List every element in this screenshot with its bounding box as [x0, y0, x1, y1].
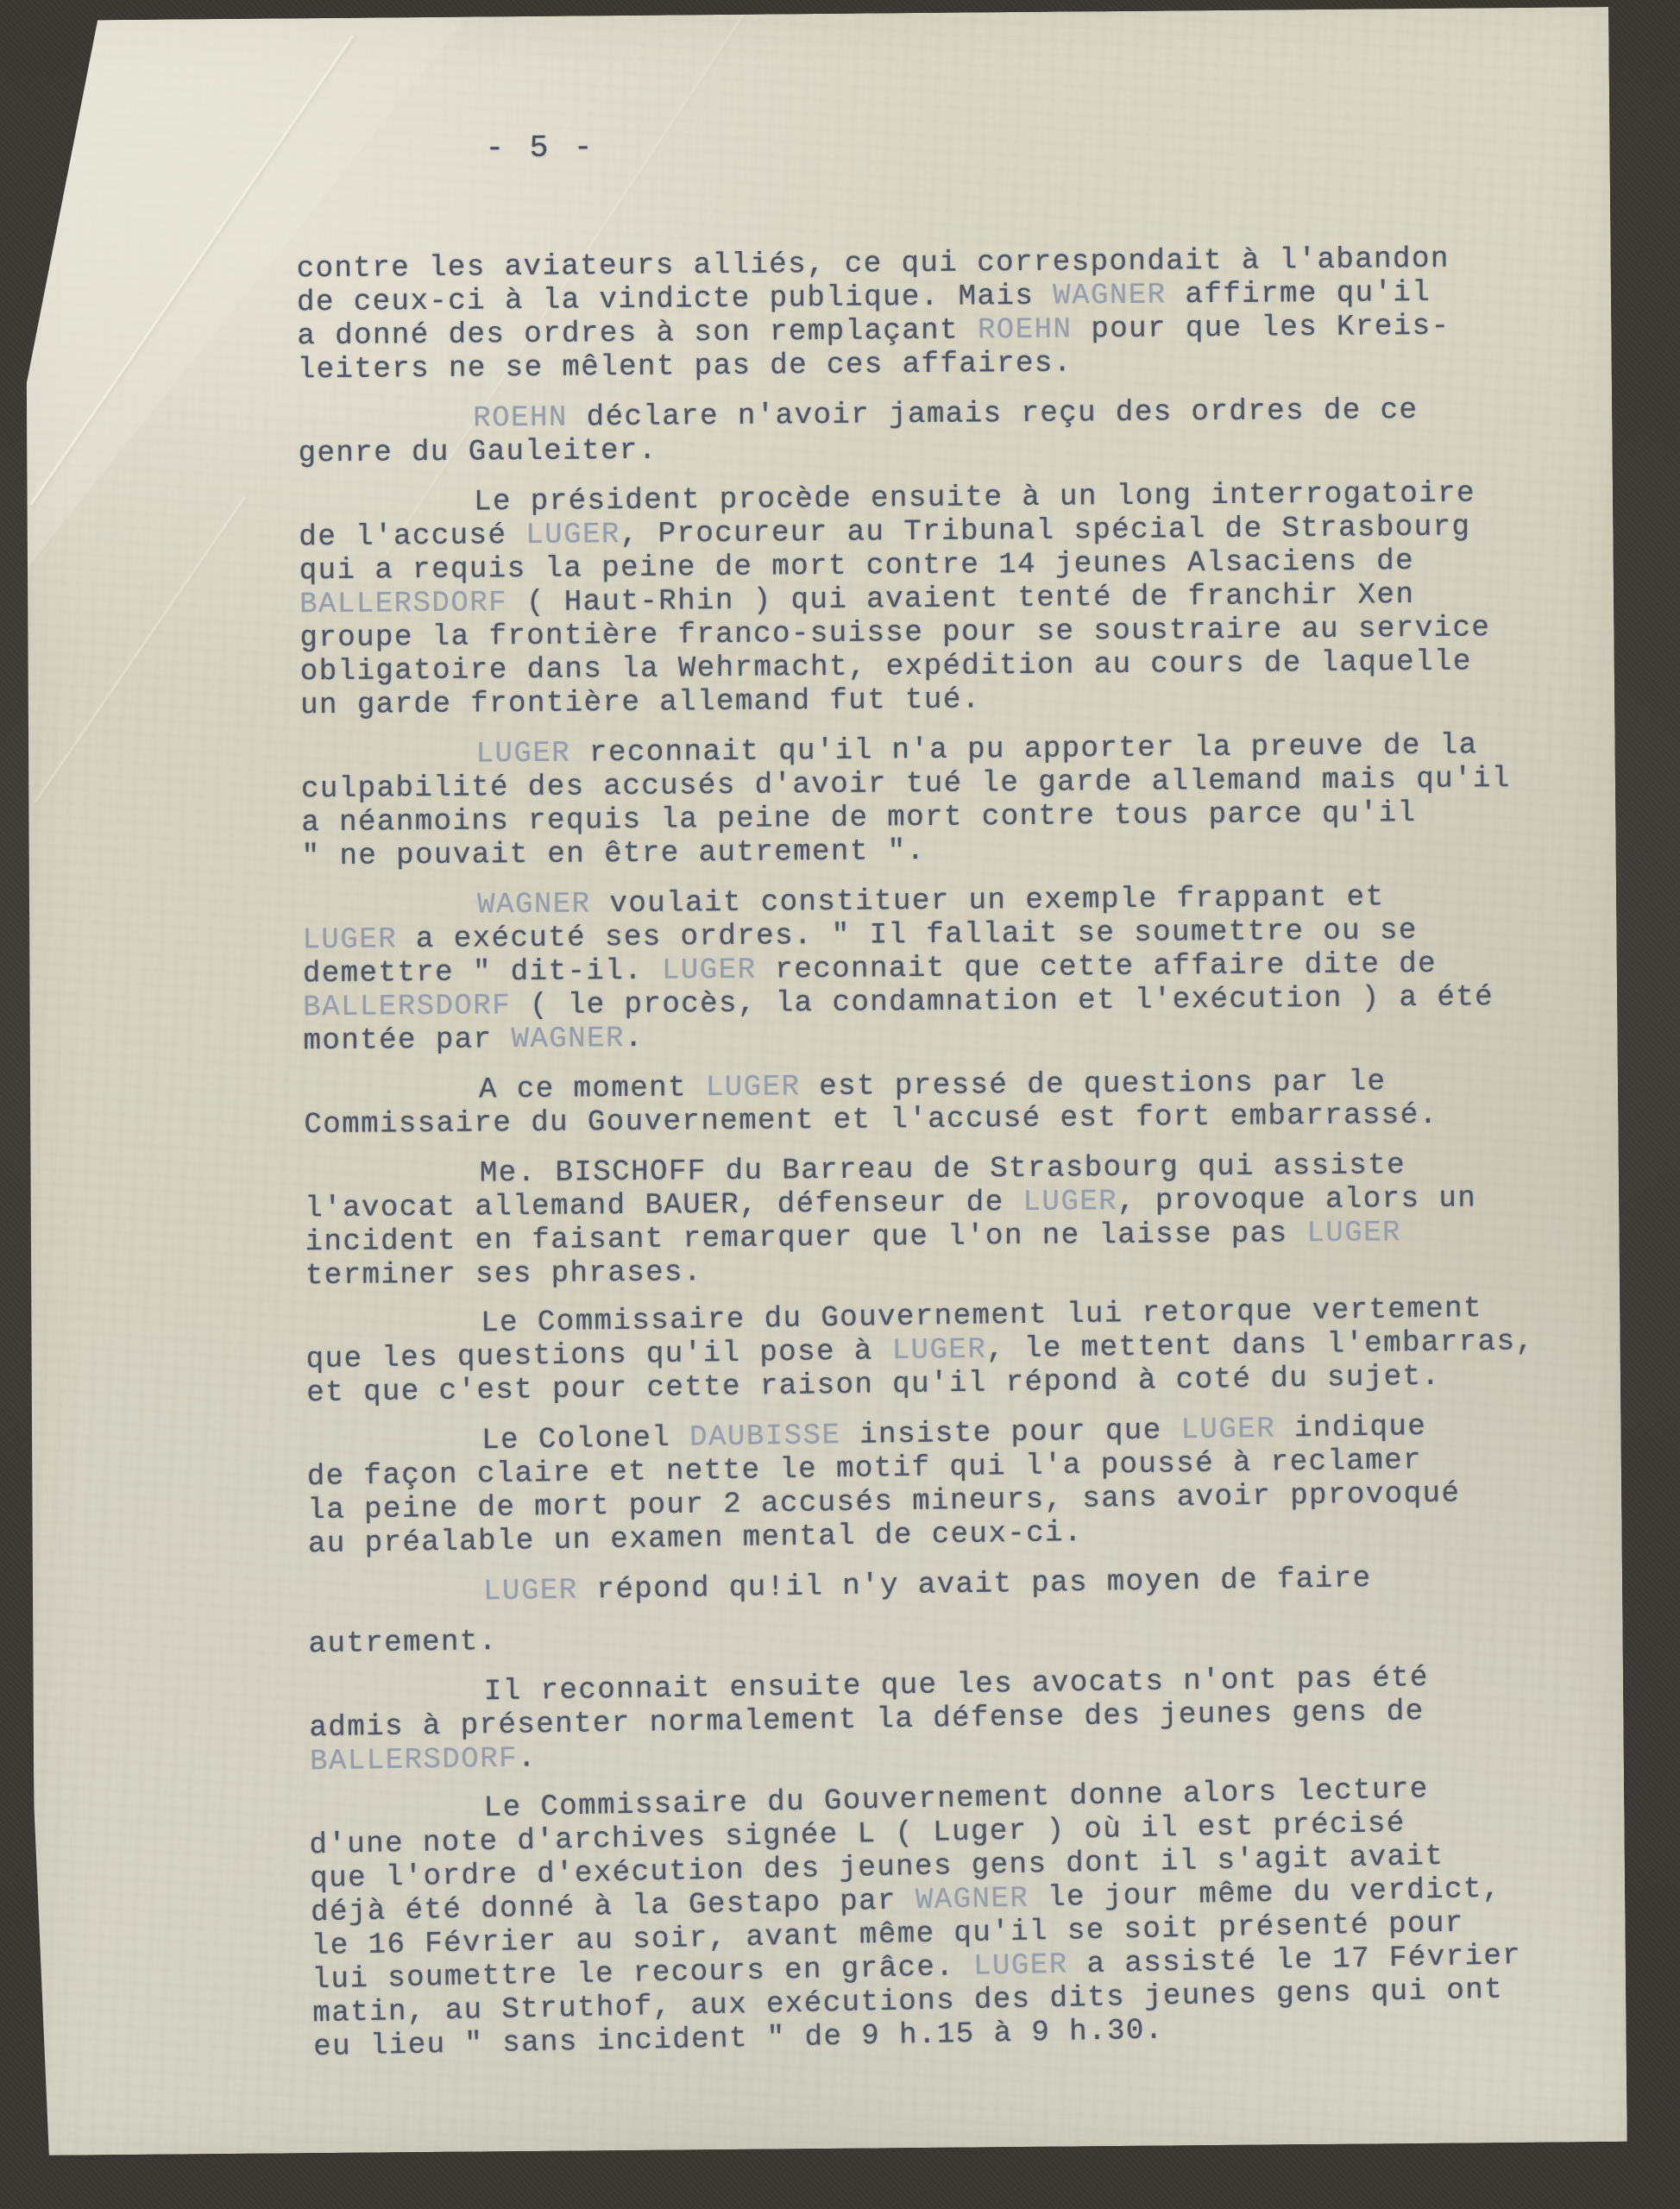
- paragraph: LUGER répond qu!il n'y avait pas moyen d…: [308, 1559, 1594, 1612]
- paragraph: A ce moment LUGER est pressé de question…: [304, 1064, 1590, 1142]
- paragraph: Le Commissaire du Gouvernement lui retor…: [305, 1291, 1593, 1411]
- faded-typewriter-name: WAGNER: [477, 888, 591, 922]
- faded-typewriter-name: WAGNER: [511, 1023, 625, 1056]
- faded-typewriter-name: BALLERSDORF: [303, 990, 511, 1024]
- faded-typewriter-name: LUGER: [706, 1071, 801, 1104]
- document-page: - 5 - contre les aviateurs alliés, ce qu…: [18, 7, 1627, 2156]
- paragraph: LUGER reconnait qu'il n'a pu apporter la…: [301, 728, 1588, 874]
- faded-typewriter-name: LUGER: [891, 1334, 986, 1369]
- faded-typewriter-name: LUGER: [1180, 1413, 1275, 1448]
- faded-typewriter-name: BALLERSDORF: [299, 587, 507, 621]
- faded-typewriter-name: LUGER: [662, 954, 757, 988]
- text-line: autrement.: [308, 1609, 1594, 1662]
- faded-typewriter-name: LUGER: [302, 923, 397, 957]
- paragraph: autrement.: [308, 1609, 1594, 1662]
- faded-typewriter-name: ROEHN: [473, 402, 568, 436]
- faded-typewriter-name: LUGER: [1306, 1217, 1401, 1250]
- faded-typewriter-name: LUGER: [476, 738, 571, 771]
- page-number: - 5 -: [485, 129, 595, 166]
- scanner-background: - 5 - contre les aviateurs alliés, ce qu…: [0, 0, 1680, 2209]
- faded-typewriter-name: WAGNER: [916, 1883, 1029, 1918]
- faded-typewriter-name: ROEHN: [978, 313, 1073, 347]
- paragraph: Le président procède ensuite à un long i…: [299, 476, 1586, 723]
- faded-typewriter-name: BALLERSDORF: [310, 1743, 518, 1779]
- paragraph: Le Commissaire du Gouvernement donne alo…: [308, 1770, 1599, 2065]
- faded-typewriter-name: LUGER: [973, 1949, 1068, 1984]
- paragraph: contre les aviateurs alliés, ce qui corr…: [297, 242, 1583, 387]
- paragraph: ROEHN déclare n'avoir jamais reçu des or…: [298, 393, 1584, 471]
- fold-crease: [34, 496, 246, 803]
- paragraph: WAGNER voulait constituer un exemple fra…: [302, 879, 1589, 1059]
- text-line: LUGER répond qu!il n'y avait pas moyen d…: [308, 1559, 1594, 1612]
- faded-typewriter-name: LUGER: [525, 519, 620, 552]
- paragraph: Me. BISCHOFF du Barreau de Strasbourg qu…: [305, 1148, 1591, 1293]
- faded-typewriter-name: LUGER: [483, 1575, 578, 1609]
- paragraph: Le Colonel DAUBISSE insiste pour que LUG…: [306, 1408, 1594, 1562]
- faded-typewriter-name: LUGER: [1022, 1186, 1117, 1219]
- faded-typewriter-name: WAGNER: [1053, 279, 1167, 312]
- document-body: contre les aviateurs alliés, ce qui corr…: [297, 242, 1598, 2081]
- faded-typewriter-name: DAUBISSE: [689, 1419, 841, 1455]
- paragraph: Il reconnait ensuite que les avocats n'o…: [309, 1659, 1596, 1779]
